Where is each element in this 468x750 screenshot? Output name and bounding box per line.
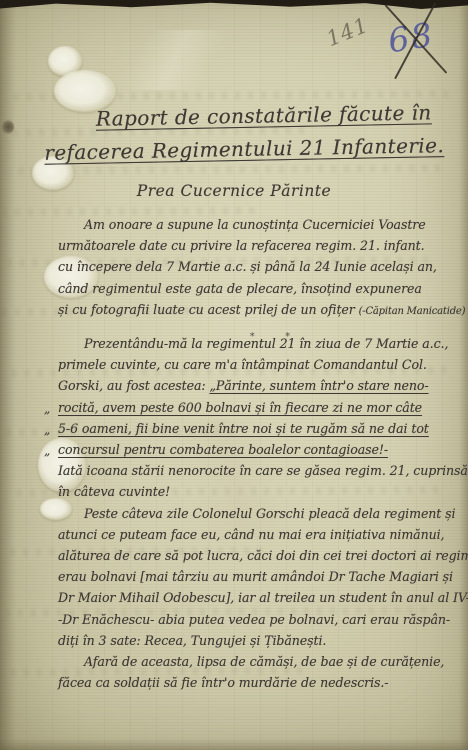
quote-continuation-mark: „ xyxy=(44,399,50,420)
insertion-marks: ⁎ ⁎ xyxy=(224,324,304,345)
report-title-line2: refacerea Regimentului 21 Infanterie. xyxy=(44,133,436,165)
manuscript-line: cu începere dela 7 Martie a.c. și până l… xyxy=(58,256,454,277)
manuscript-line: Iată icoana stării nenorocite în care se… xyxy=(58,460,454,481)
manuscript-line: în câteva cuvinte! xyxy=(58,481,454,502)
manuscript-line: diți în 3 sate: Recea, Tungujei și Țibăn… xyxy=(58,630,454,651)
manuscript-line: făcea ca soldații să fie într'o murdărie… xyxy=(58,672,454,693)
manuscript-line: -Dr Enăchescu- abia putea vedea pe bolna… xyxy=(58,609,454,630)
verso-bleed-streak xyxy=(10,164,440,174)
binding-hole xyxy=(2,120,14,134)
manuscript-line: erau bolnavi [mai târziu au murit amândo… xyxy=(58,566,454,587)
quote-continuation-mark: „ xyxy=(44,420,50,441)
report-title: Raport de constatările făcute în refacer… xyxy=(43,100,436,165)
manuscript-line: primele cuvinte, cu care m'a întâmpinat … xyxy=(58,354,454,375)
manuscript-line-quoted: „5-6 oameni, fii bine venit între noi și… xyxy=(58,418,454,439)
manuscript-line: Dr Maior Mihail Odobescu], iar al treile… xyxy=(58,587,454,608)
manuscript-line: și cu fotografii luate cu acest prilej d… xyxy=(58,299,454,322)
manuscript-line: atunci ce puteam face eu, când nu mai er… xyxy=(58,524,454,545)
manuscript-line: când regimentul este gata de plecare, în… xyxy=(58,278,454,299)
body-text: Am onoare a supune la cunoștința Cucerni… xyxy=(58,214,454,693)
manuscript-line: Peste câteva zile Colonelul Gorschi plea… xyxy=(58,503,454,524)
manuscript-line-quoted: „rocită, avem peste 600 bolnavi și în fi… xyxy=(58,397,454,418)
pencil-page-number: 141 xyxy=(323,13,372,51)
manuscript-line: Am onoare a supune la cunoștința Cucerni… xyxy=(58,214,454,235)
salutation: Prea Cucernice Părinte xyxy=(0,182,468,200)
marginal-note: (-Căpitan Manicatide) xyxy=(359,306,466,317)
manuscript-line: Gorski, au fost acestea: „Părinte, sunte… xyxy=(58,375,454,396)
quote-continuation-mark: „ xyxy=(44,441,50,462)
manuscript-line: următoarele date cu privire la refacerea… xyxy=(58,235,454,256)
manuscript-page: 141 68 Raport de constatările făcute în … xyxy=(0,0,468,750)
manuscript-line: Afară de aceasta, lipsa de cămăși, de ba… xyxy=(58,651,454,672)
torn-top-edge xyxy=(0,0,468,9)
manuscript-line: ⁎ ⁎Prezentându-mă la regimentul 21 în zi… xyxy=(58,333,454,354)
manuscript-line: alăturea de care să pot lucra, căci doi … xyxy=(58,545,454,566)
manuscript-line-quoted: „concursul pentru combaterea boalelor co… xyxy=(58,439,454,460)
